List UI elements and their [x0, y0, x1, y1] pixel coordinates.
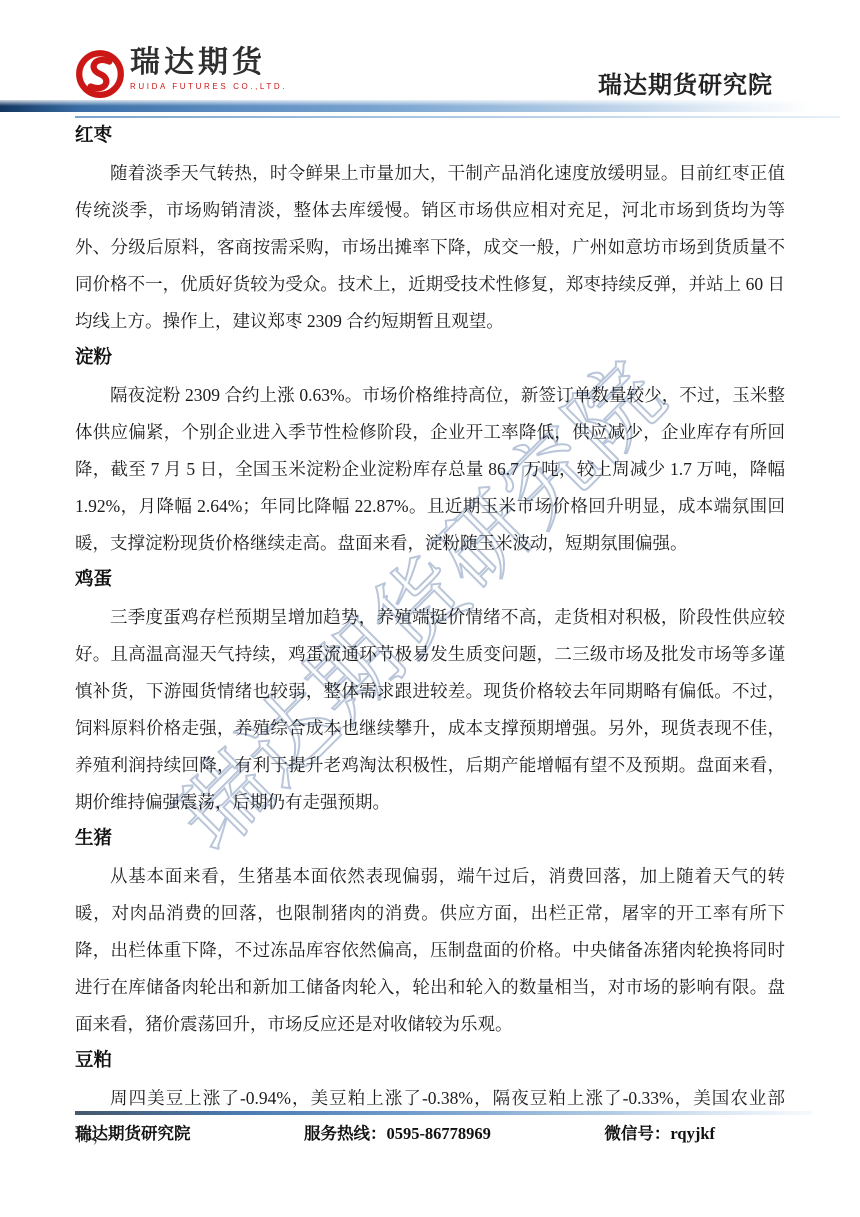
section-paragraph: 三季度蛋鸡存栏预期呈增加趋势，养殖端挺价情绪不高，走货相对积极，阶段性供应较好。… [75, 599, 785, 821]
report-body: 红枣 随着淡季天气转热，时令鲜果上市量加大，干制产品消化速度放缓明显。目前红枣正… [75, 118, 785, 1154]
brand-name: 瑞达期货 [130, 46, 287, 80]
header-institute-title: 瑞达期货研究院 [598, 65, 773, 100]
section-title: 淀粉 [75, 340, 785, 377]
commodity-section: 豆粕 周四美豆上涨了-0.94%，美豆粕上涨了-0.38%，隔夜豆粕上涨了-0.… [75, 1043, 785, 1154]
brand-subtitle: RUIDA FUTURES CO.,LTD. [130, 82, 287, 91]
section-paragraph: 随着淡季天气转热，时令鲜果上市量加大，干制产品消化速度放缓明显。目前红枣正值传统… [75, 155, 785, 340]
commodity-section: 鸡蛋 三季度蛋鸡存栏预期呈增加趋势，养殖端挺价情绪不高，走货相对积极，阶段性供应… [75, 562, 785, 821]
brand-text-block: 瑞达期货 RUIDA FUTURES CO.,LTD. [130, 46, 287, 91]
commodity-section: 生猪 从基本面来看，生猪基本面依然表现偏弱，端午过后，消费回落，加上随着天气的转… [75, 821, 785, 1043]
commodity-section: 红枣 随着淡季天气转热，时令鲜果上市量加大，干制产品消化速度放缓明显。目前红枣正… [75, 118, 785, 340]
section-paragraph: 从基本面来看，生猪基本面依然表现偏弱，端午过后，消费回落，加上随着天气的转暖，对… [75, 858, 785, 1043]
section-paragraph: 隔夜淀粉 2309 合约上涨 0.63%。市场价格维持高位，新签订单数量较少，不… [75, 377, 785, 562]
section-title: 生猪 [75, 821, 785, 858]
section-paragraph: 周四美豆上涨了-0.94%，美豆粕上涨了-0.38%，隔夜豆粕上涨了-0.33%… [75, 1080, 785, 1154]
brand-logo: 瑞达期货 RUIDA FUTURES CO.,LTD. [74, 46, 287, 100]
section-title: 鸡蛋 [75, 562, 785, 599]
ruida-logo-icon [74, 46, 126, 100]
header-divider-bar [0, 100, 812, 112]
section-title: 红枣 [75, 118, 785, 155]
commodity-section: 淀粉 隔夜淀粉 2309 合约上涨 0.63%。市场价格维持高位，新签订单数量较… [75, 340, 785, 562]
section-title: 豆粕 [75, 1043, 785, 1080]
page-header: 瑞达期货 RUIDA FUTURES CO.,LTD. 瑞达期货研究院 [0, 0, 860, 100]
report-page: 瑞达期货 RUIDA FUTURES CO.,LTD. 瑞达期货研究院 瑞达期货… [0, 0, 860, 1217]
